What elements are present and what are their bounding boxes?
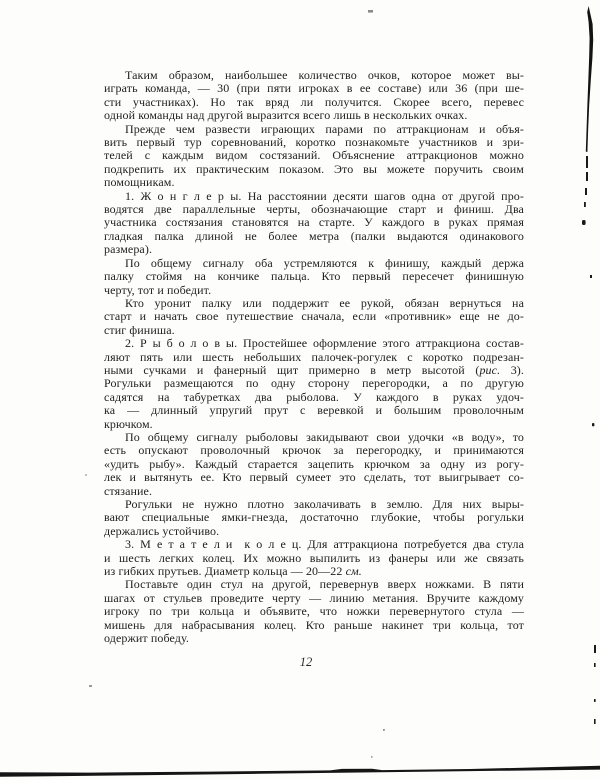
text-line: есть опускают проволочный крючок за пере… [104, 444, 524, 457]
text-line: «удить рыбу». Каждый старается зацепить … [104, 458, 524, 471]
text-line: гладкая палка длиной не более метра (пал… [104, 230, 524, 243]
text-line: ка — длинный упругий прут с веревкой и б… [104, 404, 524, 417]
text-line: По общему сигналу оба устремляются к фин… [104, 257, 524, 270]
page-text: Таким образом, наибольшее количество очк… [104, 69, 524, 645]
paragraph: Рогульки не нужно плотно заколачивать в … [104, 498, 524, 538]
paragraph: Кто уронит палку или поддержит ее рукой,… [104, 297, 524, 337]
text-line: из гибких прутьев. Диаметр кольца — 20—2… [104, 565, 524, 578]
text-segment: 3). [500, 363, 524, 377]
text-line: лек и вытянуть ее. Кто первый сумеет это… [104, 471, 524, 484]
paragraph: Таким образом, наибольшее количество очк… [104, 69, 524, 123]
page-number: 12 [104, 655, 508, 670]
text-line: участника состязания становятся на старт… [104, 216, 524, 229]
paragraph: Поставьте один стул на другой, переверну… [104, 578, 524, 645]
paragraph: 2. Р ы б о л о в ы. Простейшее оформлени… [104, 337, 524, 431]
paragraph: 3. М е т а т е л и к о л е ц. Для аттрак… [104, 538, 524, 578]
text-segment: ными сучками и фанерный щит примерно в м… [104, 363, 479, 377]
text-line: одной команды над другой выразится всего… [104, 109, 524, 122]
text-line: 3. М е т а т е л и к о л е ц. Для аттрак… [104, 538, 524, 551]
text-line: 1. Ж о н г л е р ы. На расстоянии десяти… [104, 190, 524, 203]
right-edge-ink-streak-mark [586, 6, 593, 152]
text-line: играть команда, — 30 (при пяти игроках в… [104, 82, 524, 95]
italic-text-segment: см. [346, 564, 362, 578]
text-line: крючком. [104, 418, 524, 431]
text-line: размера). [104, 243, 524, 256]
text-line: сти участниках). Но так вряд ли получитс… [104, 96, 524, 109]
text-line: игроку по три кольца и объявите, что нож… [104, 605, 524, 618]
text-line: вают специальные ямки-гнезда, достаточно… [104, 511, 524, 524]
text-line: Кто уронит палку или поддержит ее рукой,… [104, 297, 524, 310]
paragraph: 1. Ж о н г л е р ы. На расстоянии десяти… [104, 190, 524, 257]
text-line: водятся две параллельные черты, обознача… [104, 203, 524, 216]
text-line: помощникам. [104, 176, 524, 189]
paragraph: По общему сигналу оба устремляются к фин… [104, 257, 524, 297]
book-page: Таким образом, наибольшее количество очк… [0, 0, 600, 780]
text-line: и шесть легких колец. Их можно выпилить … [104, 552, 524, 565]
italic-text-segment: рис. [479, 363, 500, 377]
text-line: Прежде чем развести играющих парами по а… [104, 123, 524, 136]
text-line: Таким образом, наибольшее количество очк… [104, 69, 524, 82]
text-line: ными сучками и фанерный щит примерно в м… [104, 364, 524, 377]
text-line: По общему сигналу рыболовы закидывают св… [104, 431, 524, 444]
text-line: Рогульки размещаются по одну сторону пер… [104, 377, 524, 390]
text-line: телей с каждым видом состязаний. Объясне… [104, 149, 524, 162]
paragraph: Прежде чем развести играющих парами по а… [104, 123, 524, 190]
paragraph: По общему сигналу рыболовы закидывают св… [104, 431, 524, 498]
text-line: садятся на табуретках два рыболова. У ка… [104, 391, 524, 404]
text-line: стиг финиша. [104, 324, 524, 337]
text-line: стязание. [104, 485, 524, 498]
text-line: Рогульки не нужно плотно заколачивать в … [104, 498, 524, 511]
text-line: 2. Р ы б о л о в ы. Простейшее оформлени… [104, 337, 524, 350]
text-line: мишень для набрасывания колец. Кто раньш… [104, 619, 524, 632]
text-line: палку стоймя на кончике пальца. Кто перв… [104, 270, 524, 283]
text-line: Поставьте один стул на другой, переверну… [104, 578, 524, 591]
text-line: держались устойчиво. [104, 525, 524, 538]
text-segment: из гибких прутьев. Диаметр кольца — 20—2… [104, 564, 346, 578]
text-line: подкрепить их практическим показом. Это … [104, 163, 524, 176]
text-line: вить первый тур соревнований, коротко по… [104, 136, 524, 149]
text-line: одержит победу. [104, 632, 524, 645]
right-edge-dash-marks [582, 156, 596, 724]
text-line: старт и начать свое путешествие сначала,… [104, 310, 524, 323]
text-line: ляют пять или шесть небольших палочек-ро… [104, 351, 524, 364]
text-line: шагах от стульев проведите черту — линию… [104, 592, 524, 605]
text-line: черту, тот и победит. [104, 284, 524, 297]
bottom-edge-shadow-mark [0, 766, 600, 777]
